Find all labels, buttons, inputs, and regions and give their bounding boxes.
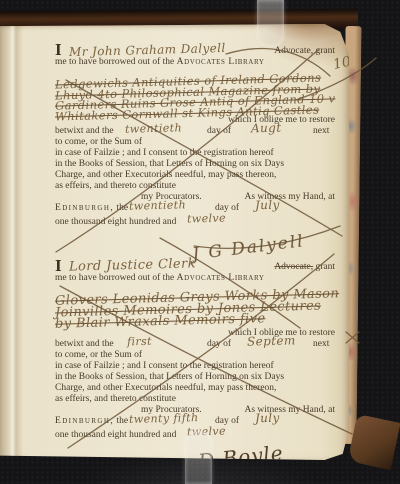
entry2-failzie-2: in the Books of Session, that Letters of… xyxy=(55,372,335,383)
library-name: Advocates Library xyxy=(177,57,265,67)
entry1-due-date-line: betwixt and the twentieth day of Augt ne… xyxy=(55,126,335,137)
entry1-signed-year: twelve xyxy=(187,212,226,224)
entry1-initial: I xyxy=(55,43,62,57)
entry1-opening-line: I Mr John Graham Dalyell Advocate, grant xyxy=(55,42,335,57)
photograph-of-borrowing-register: 107. I Mr John Graham Dalyell Advocate, … xyxy=(0,0,400,484)
library-name: Advocates Library xyxy=(177,273,265,283)
entry1-borrowed-line: me to have borrowed out of the Advocates… xyxy=(55,57,335,69)
entry2-signed-day: twenty fifth xyxy=(129,412,199,425)
edinburgh-label: Edinburgh, xyxy=(55,416,114,426)
edinburgh-label: Edinburgh, xyxy=(55,203,114,213)
page-holder-strip-top xyxy=(257,0,284,47)
leather-corner xyxy=(347,414,400,470)
entry2-opening-line: I Lord Justice Clerk Advocate, grant xyxy=(55,258,335,273)
entry2-borrower-name: Lord Justice Clerk xyxy=(68,256,195,274)
entry2-failzie-4: as effeirs, and thereto constitute xyxy=(55,394,335,405)
entry2-due-day: first xyxy=(127,336,152,348)
entry2-advocate-grant: Advocate, grant xyxy=(274,262,335,273)
entry1-failzie-4: as effeirs, and thereto constitute xyxy=(55,181,335,192)
borrowing-entry-2: I Lord Justice Clerk Advocate, grant me … xyxy=(55,258,335,440)
entry2-due-month: Septem xyxy=(247,335,296,347)
entry2-book-list: Glovers Leonidas Grays Works by Mason Jo… xyxy=(55,288,335,324)
book-title-line: Glovers Leonidas Grays Works by Mason xyxy=(55,288,335,300)
entry1-signed-day: twentieth xyxy=(129,199,186,211)
entry1-book-list: Ledgewichs Antiquities of Ireland Gordon… xyxy=(55,72,335,114)
entry1-due-month: Augt xyxy=(251,123,282,135)
borrowing-entry-1: I Mr John Graham Dalyell Advocate, grant… xyxy=(55,42,335,227)
entry2-initial: I xyxy=(55,259,62,273)
entry1-sum-line: to come, or the Sum of xyxy=(55,137,335,148)
book-title-line: Ledgewichs Antiquities of Ireland Gordon… xyxy=(55,72,335,83)
entry1-signed-month: July xyxy=(255,200,280,212)
entry1-failzie-1: in case of Failzie ; and I consent to th… xyxy=(55,148,335,159)
entry1-due-day: twentieth xyxy=(125,122,182,134)
entry1-failzie-3: Charge, and other Executorials needful, … xyxy=(55,170,335,181)
entry1-restore-clause: which I oblige me to restore xyxy=(55,115,335,126)
entry2-failzie-1: in case of Failzie ; and I consent to th… xyxy=(55,361,335,372)
page-holder-strip-bottom xyxy=(185,431,212,484)
entry2-signed-month: July xyxy=(255,413,280,425)
entry2-failzie-3: Charge, and other Executorials needful, … xyxy=(55,383,335,394)
entry2-borrowed-line: me to have borrowed out of the Advocates… xyxy=(55,273,335,285)
entry2-due-date-line: betwixt and the first day of Septem next xyxy=(55,339,335,350)
register-page: 107. I Mr John Graham Dalyell Advocate, … xyxy=(0,24,349,460)
entry1-witness-line: my Procurators. As witness my Hand, at xyxy=(55,192,335,203)
entry1-failzie-2: in the Books of Session, that Letters of… xyxy=(55,159,335,170)
entry1-year-line: one thousand eight hundred and twelve xyxy=(55,215,335,227)
entry1-advocate-grant: Advocate, grant xyxy=(274,46,335,57)
entry2-sum-line: to come, or the Sum of xyxy=(55,350,335,361)
